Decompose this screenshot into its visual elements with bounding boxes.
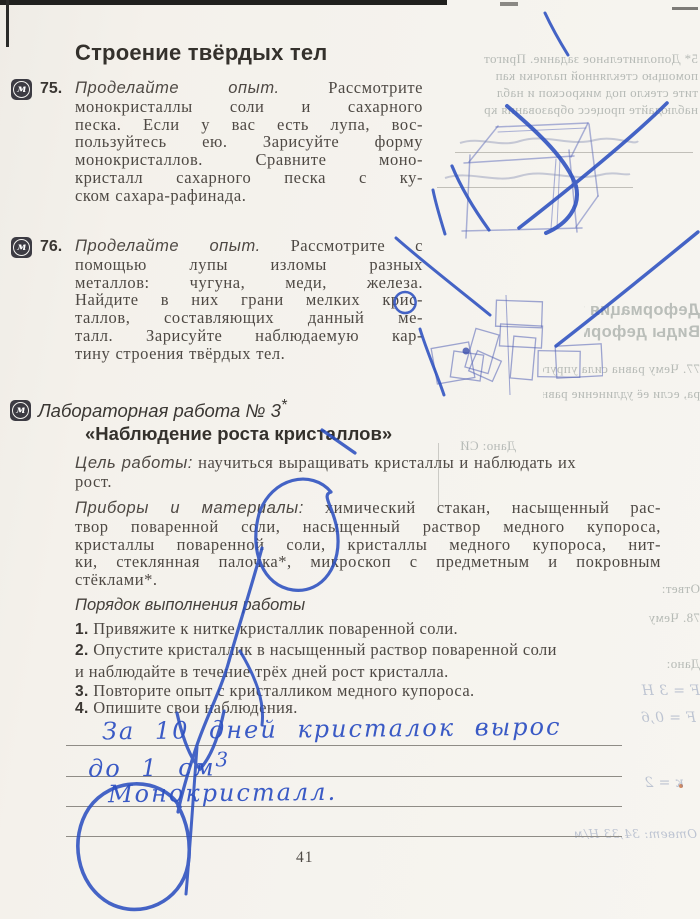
bleed-rule-2 (437, 187, 633, 188)
scan-edge-top (0, 0, 447, 5)
answer-line-1 (66, 745, 622, 746)
lab-step-2: 2. Опустите кристаллик в насыщенный раст… (75, 640, 660, 682)
m-badge-letter: м (13, 239, 30, 256)
lab-materials: Приборы и материалы: химический стакан, … (75, 499, 661, 589)
handwritten-answer-line-2: до 1 см3 (88, 747, 231, 782)
lab-step-1: 1. Привяжите к нитке кристаллик поваренн… (75, 619, 660, 641)
task-75-lead: Проделайте опыт. (75, 79, 280, 97)
scan-mark-top-right (672, 7, 698, 10)
bleedthrough-heading: Деформация твёрд Виды деформации (584, 299, 700, 343)
m-badge-75: м (11, 79, 32, 100)
lab-goal: Цель работы: научиться выращивать криста… (75, 454, 657, 491)
lab-procedure-label: Порядок выполнения работы (75, 596, 305, 615)
page-title: Строение твёрдых тел (75, 40, 327, 66)
bleedthrough-dano-row: Дано: СИ (430, 437, 516, 454)
task-76-number: 76. (40, 238, 62, 256)
bleed-rule-1 (455, 152, 693, 153)
bleedthrough-note: 5* Дополнительное задание. Пригот помощь… (452, 50, 698, 118)
lab-title-star: * (281, 397, 287, 414)
bleedthrough-task77: 77. Чему равна сила упругости, воз ра, е… (543, 360, 700, 402)
task-75-number: 75. (40, 80, 62, 98)
m-badge-letter: м (13, 81, 30, 98)
lab-title: Лабораторная работа № 3* (38, 397, 287, 422)
scan-edge-left (6, 0, 9, 47)
handwritten-answer-line-1: За 10 дней кристалок вырос (102, 713, 562, 746)
m-badge-76: м (11, 237, 32, 258)
task-75-text: Проделайте опыт. Рассмотрите монокристал… (75, 79, 423, 205)
bleed-snippet-dano: Дано: (655, 655, 700, 672)
lab-subtitle: «Наблюдение роста кристаллов» (85, 423, 392, 445)
bleed-snippet-k2: к = 2 (636, 775, 684, 792)
bleed-snippet-otvet2: Ответ: 34,33 Н/м (575, 826, 697, 843)
lab-materials-label: Приборы и материалы: (75, 499, 304, 517)
task-76-lead: Проделайте опыт. (75, 237, 261, 255)
answer-line-4 (66, 836, 622, 837)
scan-edge-top-gray (500, 2, 518, 6)
m-badge-lab: м (10, 400, 31, 421)
handwritten-answer-line-3: Монокристалл. (108, 778, 337, 808)
monocrystal-cube-sketch (440, 100, 640, 245)
page-number: 41 (296, 849, 314, 867)
scanned-workbook-page: 5* Дополнительное задание. Пригот помощь… (0, 0, 700, 919)
lab-goal-label: Цель работы: (75, 454, 193, 472)
m-badge-letter: м (12, 402, 29, 419)
task-76-text: Проделайте опыт. Рассмотрите с помощью л… (75, 237, 423, 363)
